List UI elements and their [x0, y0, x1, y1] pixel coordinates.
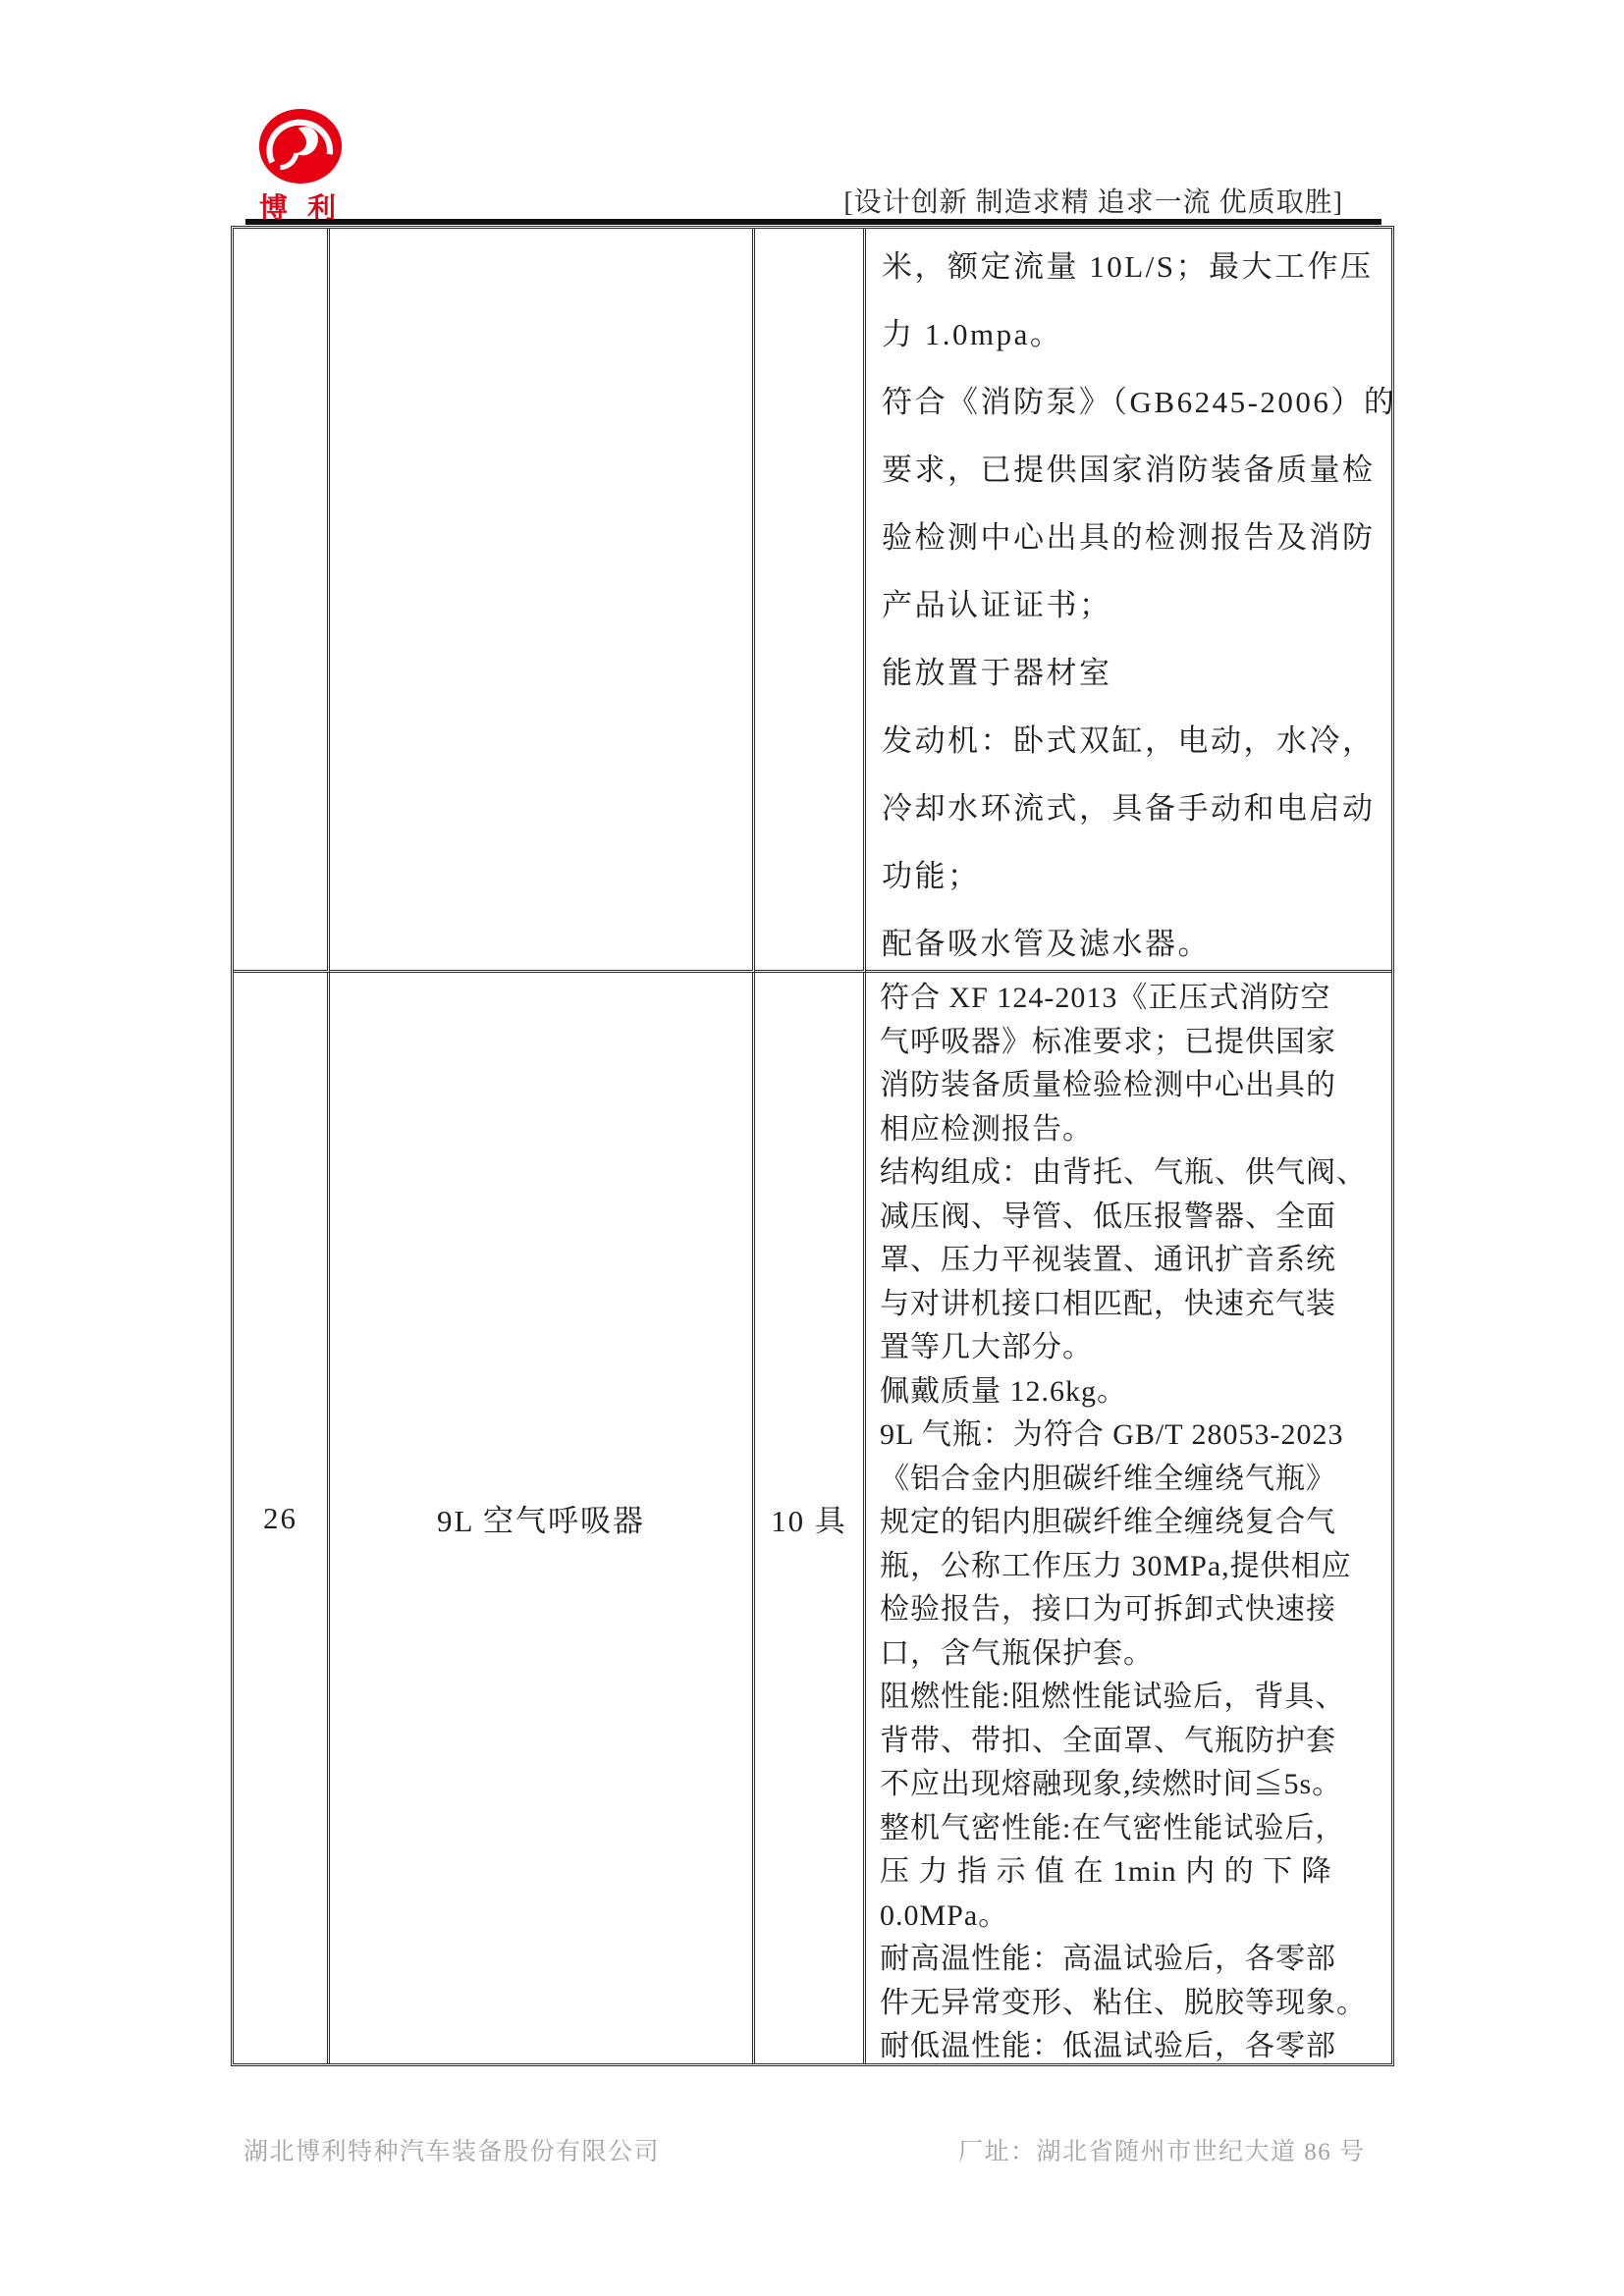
spec-line: 口，含气瓶保护套。 [880, 1632, 1383, 1677]
spec-line: 配备吸水管及滤水器。 [882, 910, 1383, 973]
spec-line: 检验报告，接口为可拆卸式快速接 [880, 1588, 1383, 1632]
spec-line: 与对讲机接口相匹配，快速充气装 [880, 1283, 1383, 1327]
table-row1-name [330, 229, 755, 973]
header-slogan: [设计创新 制造求精 追求一流 优质取胜] [0, 181, 1343, 220]
table-row2-name: 9L 空气呼吸器 [330, 973, 755, 2063]
spec-line: 罩、压力平视装置、通讯扩音系统 [880, 1239, 1383, 1283]
spec-line: 结构组成：由背托、气瓶、供气阀、 [880, 1151, 1383, 1196]
spec-line: 符合《消防泵》（GB6245-2006）的 [882, 368, 1383, 436]
spec-line: 规定的铝内胆碳纤维全缠绕复合气 [880, 1501, 1383, 1545]
spec-line: 耐高温性能：高温试验后，各零部 [880, 1938, 1383, 1982]
spec-line: 功能； [882, 842, 1383, 910]
spec-table: 米，额定流量 10L/S；最大工作压力 1.0mpa。符合《消防泵》（GB624… [231, 226, 1394, 2066]
header-divider [245, 219, 1381, 225]
spec-line: 瓶，公称工作压力 30MPa,提供相应 [880, 1545, 1383, 1589]
spec-line: 背带、带扣、全面罩、气瓶防护套 [880, 1720, 1383, 1764]
table-row2-spec: 符合 XF 124-2013《正压式消防空气呼吸器》标准要求；已提供国家消防装备… [866, 973, 1391, 2063]
spec-line: 佩戴质量 12.6kg。 [880, 1370, 1383, 1415]
table-row2-qty: 10 具 [755, 973, 866, 2063]
table-row1-qty [755, 229, 866, 973]
table-row1-spec: 米，额定流量 10L/S；最大工作压力 1.0mpa。符合《消防泵》（GB624… [866, 229, 1391, 973]
spec-line: 消防装备质量检验检测中心出具的 [880, 1064, 1383, 1108]
spec-line: 力 1.0mpa。 [882, 300, 1383, 368]
spec-line: 发动机：卧式双缸，电动，水冷， [882, 707, 1383, 774]
spec-line: 《铝合金内胆碳纤维全缠绕气瓶》 [880, 1458, 1383, 1502]
spec-line: 产品认证证书； [882, 571, 1383, 639]
table-row2-no: 26 [234, 973, 330, 2063]
spec-line: 米，额定流量 10L/S；最大工作压 [882, 233, 1383, 300]
spec-line: 气呼吸器》标准要求；已提供国家 [880, 1021, 1383, 1065]
spec-line: 件无异常变形、粘住、脱胶等现象。 [880, 1982, 1383, 2026]
document-page: 博 利 [设计创新 制造求精 追求一流 优质取胜] 米，额定流量 10L/S；最… [0, 0, 1624, 2296]
spec-line: 不应出现熔融现象,续燃时间≦5s。 [880, 1763, 1383, 1807]
spec-line: 0.0MPa。 [880, 1895, 1383, 1939]
spec-line: 减压阀、导管、低压报警器、全面 [880, 1196, 1383, 1240]
spec-line: 耐低温性能：低温试验后，各零部 [880, 2025, 1383, 2063]
spec-line: 验检测中心出具的检测报告及消防 [882, 504, 1383, 571]
spec-line: 压 力 指 示 值 在 1min 内 的 下 降 [880, 1850, 1383, 1895]
spec-line: 符合 XF 124-2013《正压式消防空 [880, 977, 1383, 1021]
spec-line: 置等几大部分。 [880, 1326, 1383, 1370]
footer-address: 厂址：湖北省随州市世纪大道 86 号 [958, 2132, 1366, 2167]
spec-line: 整机气密性能:在气密性能试验后， [880, 1807, 1383, 1851]
table-row1-no [234, 229, 330, 973]
spec-line: 阻燃性能:阻燃性能试验后，背具、 [880, 1676, 1383, 1720]
spec-line: 能放置于器材室 [882, 639, 1383, 707]
spec-line: 9L 气瓶：为符合 GB/T 28053-2023 [880, 1414, 1383, 1458]
spec-line: 要求，已提供国家消防装备质量检 [882, 436, 1383, 504]
spec-line: 相应检测报告。 [880, 1108, 1383, 1152]
footer-company: 湖北博利特种汽车装备股份有限公司 [244, 2132, 660, 2167]
spec-line: 冷却水环流式，具备手动和电启动 [882, 774, 1383, 842]
brand-logo-icon [257, 108, 344, 185]
